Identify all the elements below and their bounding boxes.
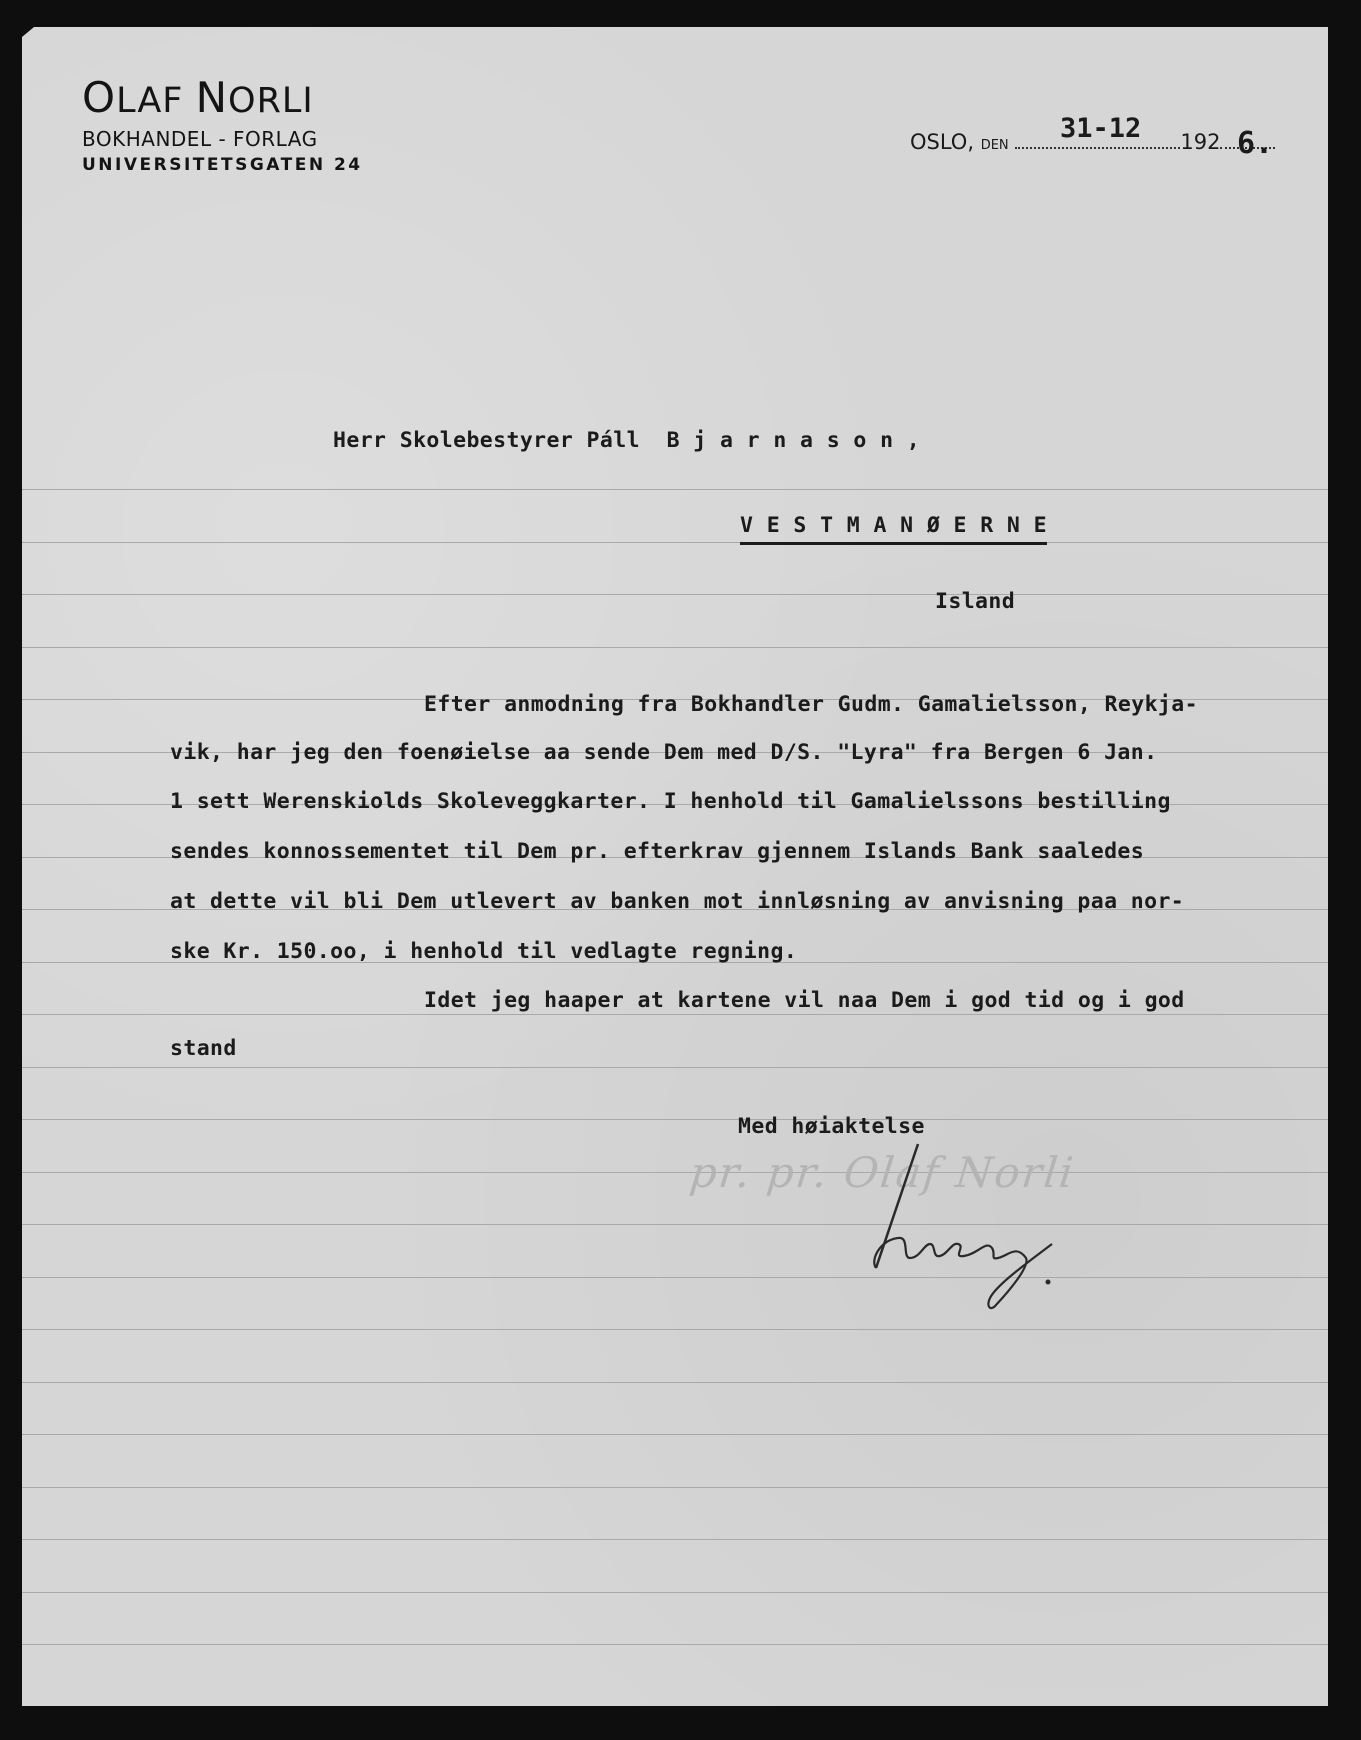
ruled-line xyxy=(22,1014,1328,1015)
name-initial: O xyxy=(82,73,116,122)
surname-initial: N xyxy=(196,73,228,122)
ruled-line xyxy=(22,1172,1328,1173)
recipient-place: V E S T M A N Ø E R N E xyxy=(740,513,1047,538)
handwritten-signature-icon xyxy=(840,1140,1060,1315)
recipient-country: Island xyxy=(935,589,1015,614)
company-address: UNIVERSITETSGATEN 24 xyxy=(82,155,363,175)
ruled-line xyxy=(22,1382,1328,1383)
letter-page xyxy=(22,27,1328,1706)
place-label: OSLO, xyxy=(910,130,974,154)
ruled-line xyxy=(22,1644,1328,1645)
ruled-line xyxy=(22,1067,1328,1068)
typed-date: 31-12 xyxy=(1060,113,1141,144)
ruled-line xyxy=(22,1434,1328,1435)
body-line: 1 sett Werenskiolds Skoleveggkarter. I h… xyxy=(170,789,1171,814)
closing-text: Med høiaktelse xyxy=(738,1114,925,1139)
body-line: Idet jeg haaper at kartene vil naa Dem i… xyxy=(424,988,1185,1013)
ruled-line xyxy=(22,489,1328,490)
company-name: OLAF NORLI xyxy=(82,78,363,121)
body-line: vik, har jeg den foenøielse aa sende Dem… xyxy=(170,740,1157,765)
typed-year-suffix: 6. xyxy=(1237,126,1273,161)
ruled-line xyxy=(22,1329,1328,1330)
recipient-name: Herr Skolebestyrer Páll B j a r n a s o … xyxy=(333,428,920,453)
ruled-line xyxy=(22,542,1328,543)
name-first-rest: LAF xyxy=(116,81,183,121)
ruled-line xyxy=(22,1592,1328,1593)
date-dotted-line xyxy=(1015,146,1180,149)
body-line: at dette vil bli Dem utlevert av banken … xyxy=(170,889,1184,914)
ruled-line xyxy=(22,1224,1328,1225)
den-label: DEN xyxy=(981,138,1009,153)
body-line: stand xyxy=(170,1036,237,1061)
body-line: Efter anmodning fra Bokhandler Gudm. Gam… xyxy=(424,692,1198,717)
letterhead: OLAF NORLI BOKHANDEL - FORLAG UNIVERSITE… xyxy=(82,78,363,175)
ruled-line xyxy=(22,647,1328,648)
body-line: sendes konnossementet til Dem pr. efterk… xyxy=(170,839,1144,864)
surname-rest: ORLI xyxy=(228,81,314,121)
company-subtitle: BOKHANDEL - FORLAG xyxy=(82,127,363,151)
year-prefix: 192 xyxy=(1180,130,1220,154)
body-line: ske Kr. 150.oo, i henhold til vedlagte r… xyxy=(170,939,797,964)
recipient-place-text: V E S T M A N Ø E R N E xyxy=(740,513,1047,545)
ruled-line xyxy=(22,1487,1328,1488)
ruled-line xyxy=(22,1539,1328,1540)
ruled-line xyxy=(22,1119,1328,1120)
ruled-line xyxy=(22,594,1328,595)
ruled-line xyxy=(22,1277,1328,1278)
